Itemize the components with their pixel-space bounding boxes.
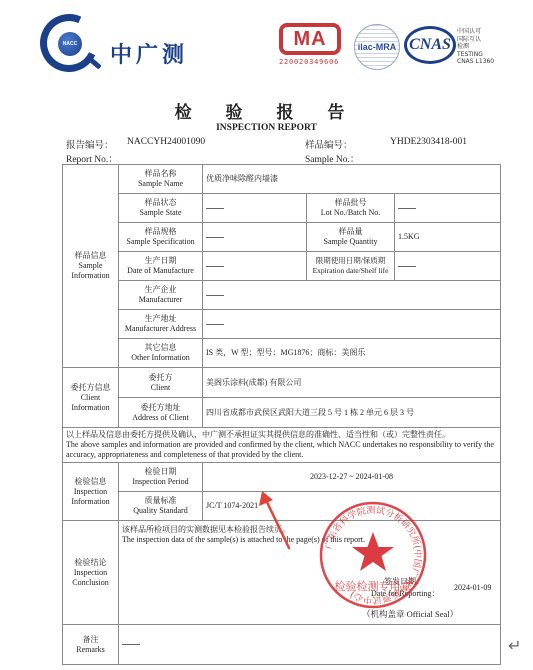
report-no-value: NACCYH24001090: [127, 137, 205, 147]
disclaimer: 以上样品及信息由委托方提供及确认，中广测不承担证实其提供信息的准确性、适当性和（…: [63, 428, 501, 463]
group-label-en: Information: [66, 403, 115, 413]
field-label: 样品名称Sample Name: [119, 165, 203, 194]
field-label: 样品规格Sample Specification: [119, 223, 203, 252]
table-row: 质量标准Quality Standard JC/T 1074-2021: [63, 492, 501, 521]
official-seal-label: （机构盖章 Official Seal）: [362, 609, 458, 619]
manufacturer-value: [203, 281, 501, 310]
sample-no-label-cn: 样品编号：: [305, 137, 353, 151]
cnas-line: TESTING: [457, 51, 494, 59]
field-label: 质量标准Quality Standard: [119, 492, 203, 521]
cnas-line: 中国认可: [457, 28, 494, 36]
ilac-mark: ilac-MRA: [357, 42, 398, 52]
group-label-cn: 检验结论: [66, 558, 115, 568]
table-row: 检验结论 Inspection Conclusion 该样品所检项目的实测数据见…: [63, 521, 501, 625]
field-label: 委托方地址Address of Client: [119, 398, 203, 428]
sample-quantity-value: 1.5KG: [395, 223, 501, 252]
cma-logo: MA: [279, 23, 341, 55]
cnas-logo: CNAS: [404, 26, 456, 64]
table-row: 样品规格Sample Specification 样品量Sample Quant…: [63, 223, 501, 252]
group-label-en: Information: [66, 271, 115, 281]
group-label-en: Client: [66, 393, 115, 403]
table-row: 以上样品及信息由委托方提供及确认，中广测不承担证实其提供信息的准确性、适当性和（…: [63, 428, 501, 463]
group-label-cn: 委托方信息: [66, 383, 115, 393]
field-label: 生产日期Date of Manufacture: [119, 252, 203, 281]
brand-name: 中广测: [110, 38, 188, 69]
sample-name-value: 优质净味除醛内墙漆: [203, 165, 501, 194]
table-row: 生产企业Manufacturer: [63, 281, 501, 310]
conclusion-text-en: The inspection data of the sample(s) is …: [122, 535, 497, 545]
report-title-en: INSPECTION REPORT: [0, 123, 533, 133]
quality-standard-value: JC/T 1074-2021: [203, 492, 501, 521]
table-row: 备注Remarks: [63, 625, 501, 665]
report-title-cn: 检 验 报 告: [0, 98, 533, 123]
field-label: 其它信息Other Information: [119, 339, 203, 368]
cnas-line: 国际互认: [457, 36, 494, 44]
field-label: 样品状态Sample State: [119, 194, 203, 223]
field-label: 样品批号Lot No./Batch No.: [307, 194, 395, 223]
report-date-value: 2024-01-09: [454, 583, 491, 593]
sample-info-group: 样品信息 Sample Information: [63, 165, 119, 368]
remarks-value: [119, 625, 501, 665]
cnas-line: CNAS L1360: [457, 58, 494, 66]
cnas-line: 检测: [457, 43, 494, 51]
report-no-label-en: Report No.：: [66, 151, 118, 165]
other-info-value: IS 类，W 型；型号：MG1876；商标：美阁乐: [203, 339, 501, 368]
table-row: 检验信息 Inspection Information 检验日期Inspecti…: [63, 463, 501, 492]
report-date-label-en: Date for Reporting：: [371, 589, 439, 599]
cma-number: 220020349606: [279, 58, 339, 66]
field-label: 生产企业Manufacturer: [119, 281, 203, 310]
group-label-en: Inspection: [66, 568, 115, 578]
sample-no-label-en: Sample No.：: [305, 151, 359, 165]
table-row: 样品状态Sample State 样品批号Lot No./Batch No.: [63, 194, 501, 223]
disclaimer-en: The above samples and information are pr…: [66, 440, 497, 460]
group-label-en: Sample: [66, 261, 115, 271]
mfr-address-value: [203, 310, 501, 339]
inspection-info-group: 检验信息 Inspection Information: [63, 463, 119, 521]
field-label: 生产地址Manufacturer Address: [119, 310, 203, 339]
client-address-value: 四川省成都市武侯区武阳大道三段 5 号 1 栋 2 单元 6 层 3 号: [203, 398, 501, 428]
table-row: 其它信息Other Information IS 类，W 型；型号：MG1876…: [63, 339, 501, 368]
client-info-group: 委托方信息 Client Information: [63, 368, 119, 428]
sample-no-value: YHDE2303418-001: [390, 137, 467, 147]
cnas-caption: 中国认可 国际互认 检测 TESTING CNAS L1360: [457, 28, 494, 66]
remarks-label: 备注Remarks: [63, 625, 119, 665]
nacc-logo-badge: NACC: [58, 32, 82, 56]
disclaimer-cn: 以上样品及信息由委托方提供及确认，中广测不承担证实其提供信息的准确性、适当性和（…: [66, 430, 497, 440]
sample-state-value: [203, 194, 307, 223]
paragraph-return-icon: ↵: [508, 636, 521, 655]
field-label: 检验日期Inspection Period: [119, 463, 203, 492]
sample-spec-value: [203, 223, 307, 252]
field-label: 样品量Sample Quantity: [307, 223, 395, 252]
client-value: 美阁乐涂料(成都) 有限公司: [203, 368, 501, 398]
report-table: 样品信息 Sample Information 样品名称Sample Name …: [62, 164, 501, 665]
inspection-period-value: 2023-12-27 ~ 2024-01-08: [203, 463, 501, 492]
field-label: 限期使用日期/保质期Expiration date/Shelf life: [307, 252, 395, 281]
report-no-label-cn: 报告编号：: [66, 137, 114, 151]
group-label-en: Information: [66, 497, 115, 507]
field-label: 委托方Client: [119, 368, 203, 398]
table-row: 委托方信息 Client Information 委托方Client 美阁乐涂料…: [63, 368, 501, 398]
conclusion-cell: 该样品所检项目的实测数据见本检验报告续页。 The inspection dat…: [119, 521, 501, 625]
table-row: 委托方地址Address of Client 四川省成都市武侯区武阳大道三段 5…: [63, 398, 501, 428]
ilac-mra-logo: ilac-MRA: [354, 24, 400, 70]
table-row: 生产日期Date of Manufacture 限期使用日期/保质期Expira…: [63, 252, 501, 281]
group-label-en: Conclusion: [66, 578, 115, 588]
group-label-en: Inspection: [66, 487, 115, 497]
group-label-cn: 检验信息: [66, 477, 115, 487]
report-date-label-cn: 签发日期：: [384, 577, 424, 587]
table-row: 生产地址Manufacturer Address: [63, 310, 501, 339]
mfg-date-value: [203, 252, 307, 281]
conclusion-group: 检验结论 Inspection Conclusion: [63, 521, 119, 625]
lot-no-value: [395, 194, 501, 223]
group-label-cn: 样品信息: [66, 251, 115, 261]
expiry-value: [395, 252, 501, 281]
table-row: 样品信息 Sample Information 样品名称Sample Name …: [63, 165, 501, 194]
conclusion-text-cn: 该样品所检项目的实测数据见本检验报告续页。: [122, 525, 497, 535]
